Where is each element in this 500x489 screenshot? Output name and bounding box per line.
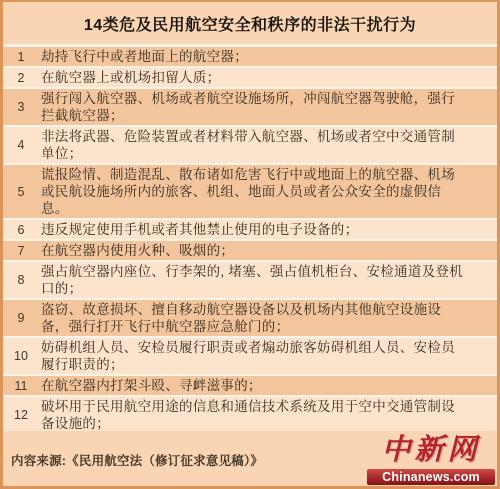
row-text: 劫持飞行中或者地面上的航空器； [39,47,497,66]
row-text: 在航空器上或机场扣留人质； [39,68,497,87]
row-number: 3 [3,100,39,114]
row-text: 强行闯入航空器、机场或者航空设施场所，冲闯航空器驾驶舱，强行拦截航空器； [39,89,497,125]
row-text: 谎报险情、制造混乱、散布诸如危害飞行中或地面上的航空器、机场或民航设施场所内的旅… [39,165,497,218]
table-row: 10 妨碍机组人员、安检员履行职责或者煽动旅客妨碍机组人员、安检员履行职责的； [3,338,497,376]
row-number: 11 [3,379,39,393]
row-number: 4 [3,138,39,152]
table-row: 4 非法将武器、危险装置或者材料带入航空器、机场或者空中交通管制单位； [3,127,497,165]
row-number: 2 [3,71,39,85]
table-row: 1 劫持飞行中或者地面上的航空器； [3,47,497,68]
row-text: 违反规定使用手机或者其他禁止使用的电子设备的； [39,220,497,239]
table-row: 2 在航空器上或机场扣留人质； [3,68,497,89]
row-number: 9 [3,311,39,325]
row-text: 破坏用于民用航空用途的信息和通信技术系统及用于空中交通管制设备设施的； [39,397,497,433]
table-row: 12 破坏用于民用航空用途的信息和通信技术系统及用于空中交通管制设备设施的； [3,397,497,435]
chinanews-logo-domain: Chinanews.com [382,470,480,484]
table-row: 7 在航空器内使用火种、吸烟的； [3,241,497,262]
table-row: 6 违反规定使用手机或者其他禁止使用的电子设备的； [3,220,497,241]
infographic-table: 14类危及民用航空安全和秩序的非法干扰行为 1 劫持飞行中或者地面上的航空器； … [0,0,500,489]
chinanews-logo: 中新网 Chinanews.com [367,431,495,486]
chinanews-logo-banner: Chinanews.com [367,469,495,485]
table-row: 3 强行闯入航空器、机场或者航空设施场所，冲闯航空器驾驶舱，强行拦截航空器； [3,89,497,127]
row-number: 1 [3,50,39,64]
row-number: 5 [3,185,39,199]
table-row: 9 盗窃、故意损坏、擅自移动航空器设备以及机场内其他航空设施设备，强行打开飞行中… [3,300,497,338]
row-number: 7 [3,244,39,258]
content-source-label: 内容来源:《民用航空法（修订征求意见稿）》 [11,451,263,469]
row-number: 12 [3,408,39,422]
row-number: 10 [3,349,39,363]
footer: 内容来源:《民用航空法（修订征求意见稿）》 中新网 Chinanews.com [3,431,497,486]
table-row: 11 在航空器内打架斗殴、寻衅滋事的； [3,376,497,397]
row-text: 在航空器内使用火种、吸烟的； [39,241,497,260]
table-row: 5 谎报险情、制造混乱、散布诸如危害飞行中或地面上的航空器、机场或民航设施场所内… [3,165,497,220]
page-title: 14类危及民用航空安全和秩序的非法干扰行为 [84,12,416,35]
table-row: 8 强占航空器内座位、行李架的, 堵塞、强占值机柜台、安检通道及登机口的； [3,262,497,300]
row-text: 盗窃、故意损坏、擅自移动航空器设备以及机场内其他航空设施设备，强行打开飞行中航空… [39,300,497,336]
row-text: 妨碍机组人员、安检员履行职责或者煽动旅客妨碍机组人员、安检员履行职责的； [39,338,497,374]
title-bar: 14类危及民用航空安全和秩序的非法干扰行为 [3,2,497,47]
row-number: 6 [3,223,39,237]
row-text: 强占航空器内座位、行李架的, 堵塞、强占值机柜台、安检通道及登机口的； [39,262,497,298]
chinanews-logo-chinese: 中新网 [367,431,495,469]
row-text: 非法将武器、危险装置或者材料带入航空器、机场或者空中交通管制单位； [39,127,497,163]
table-body: 1 劫持飞行中或者地面上的航空器； 2 在航空器上或机场扣留人质； 3 强行闯入… [3,47,497,477]
row-number: 8 [3,273,39,287]
row-text: 在航空器内打架斗殴、寻衅滋事的； [39,376,497,395]
